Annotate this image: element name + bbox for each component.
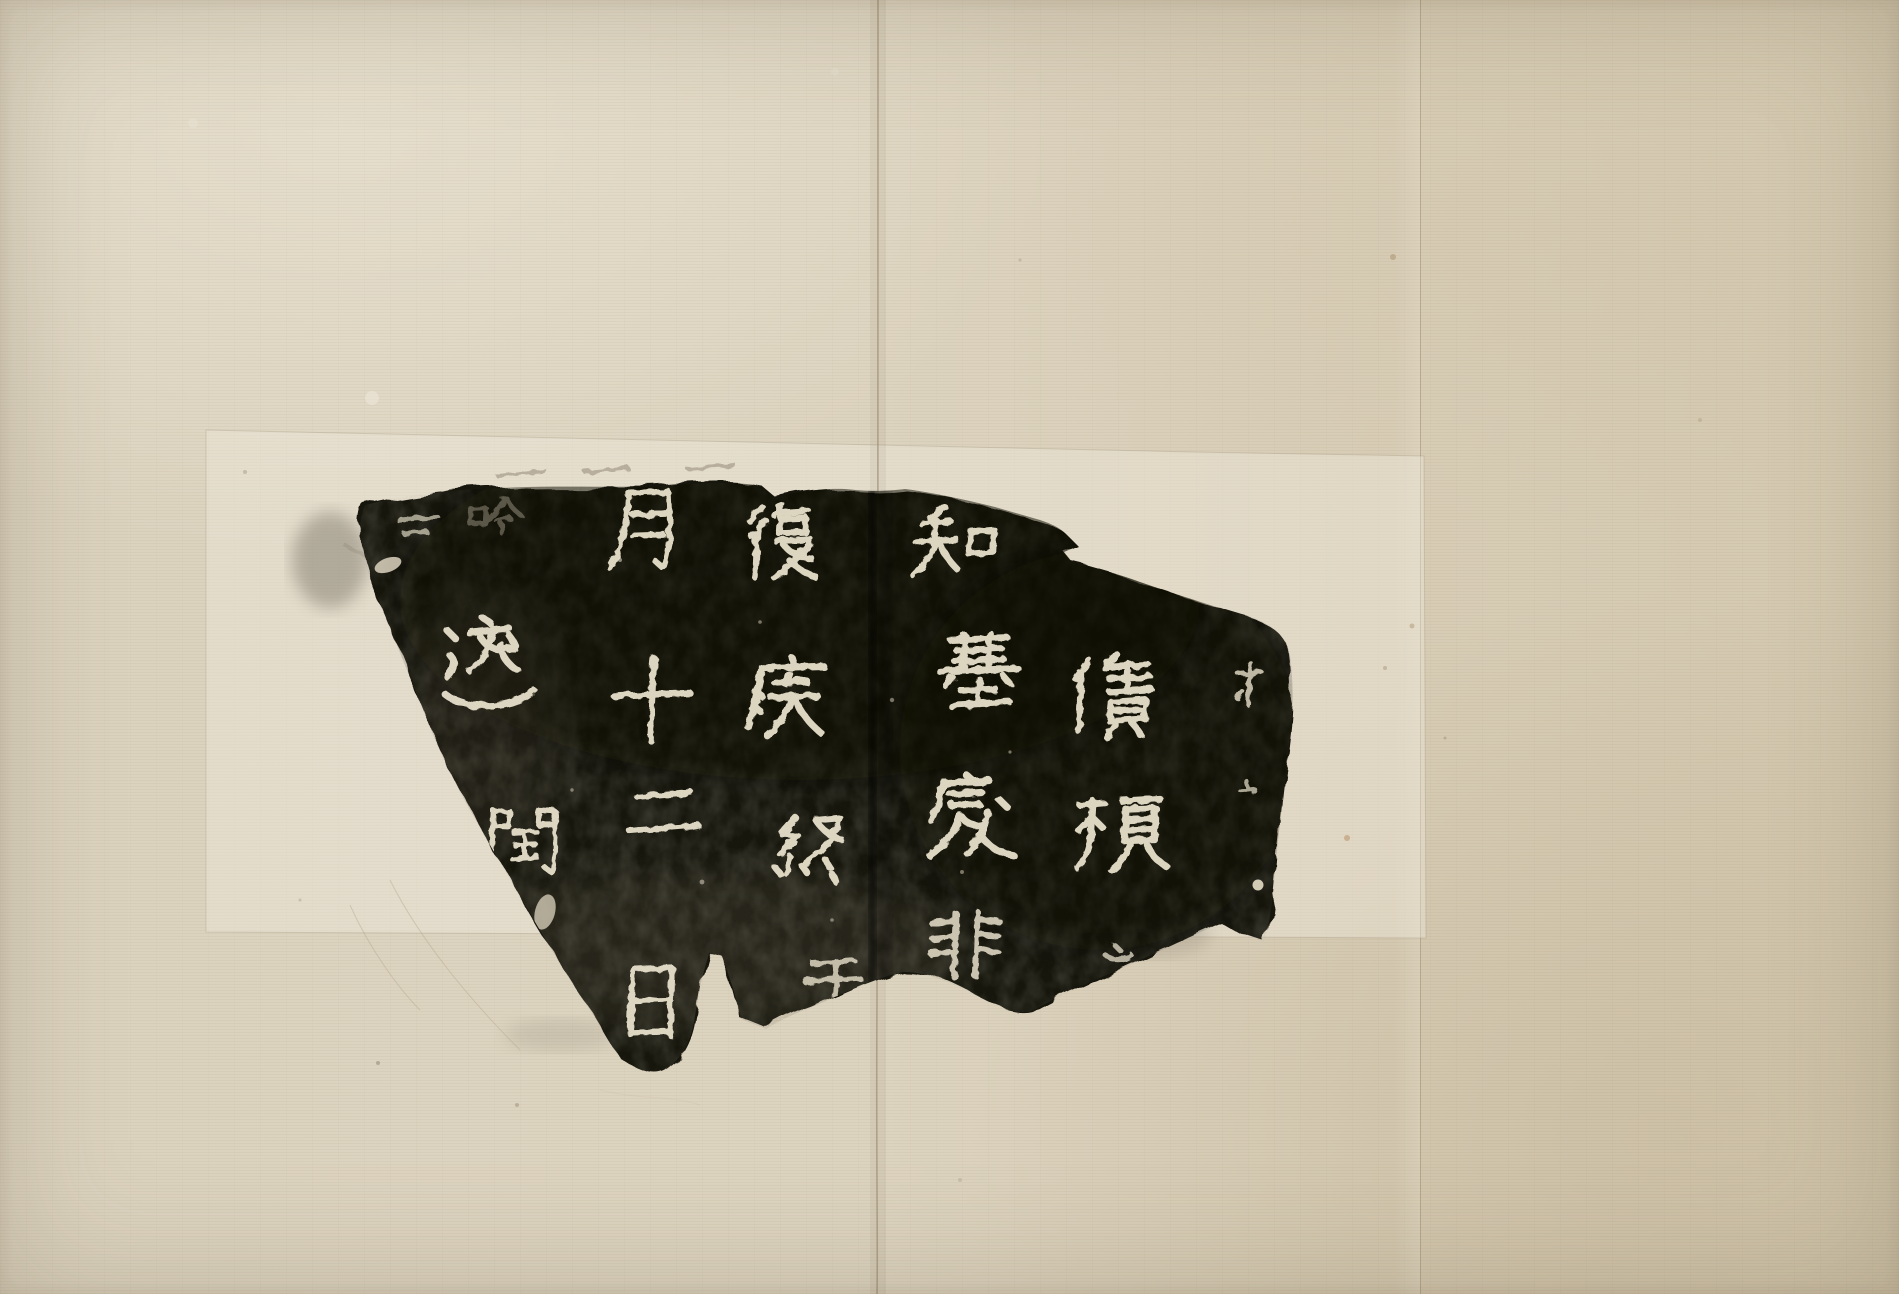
rubbing-scene xyxy=(0,0,1899,1294)
album-leaf-scan: { "artifact": { "kind": "ink-rubbing-fra… xyxy=(0,0,1899,1294)
ghost-wash-bottom-left xyxy=(505,1019,615,1051)
ghost-ink-left-lobe xyxy=(292,512,368,608)
